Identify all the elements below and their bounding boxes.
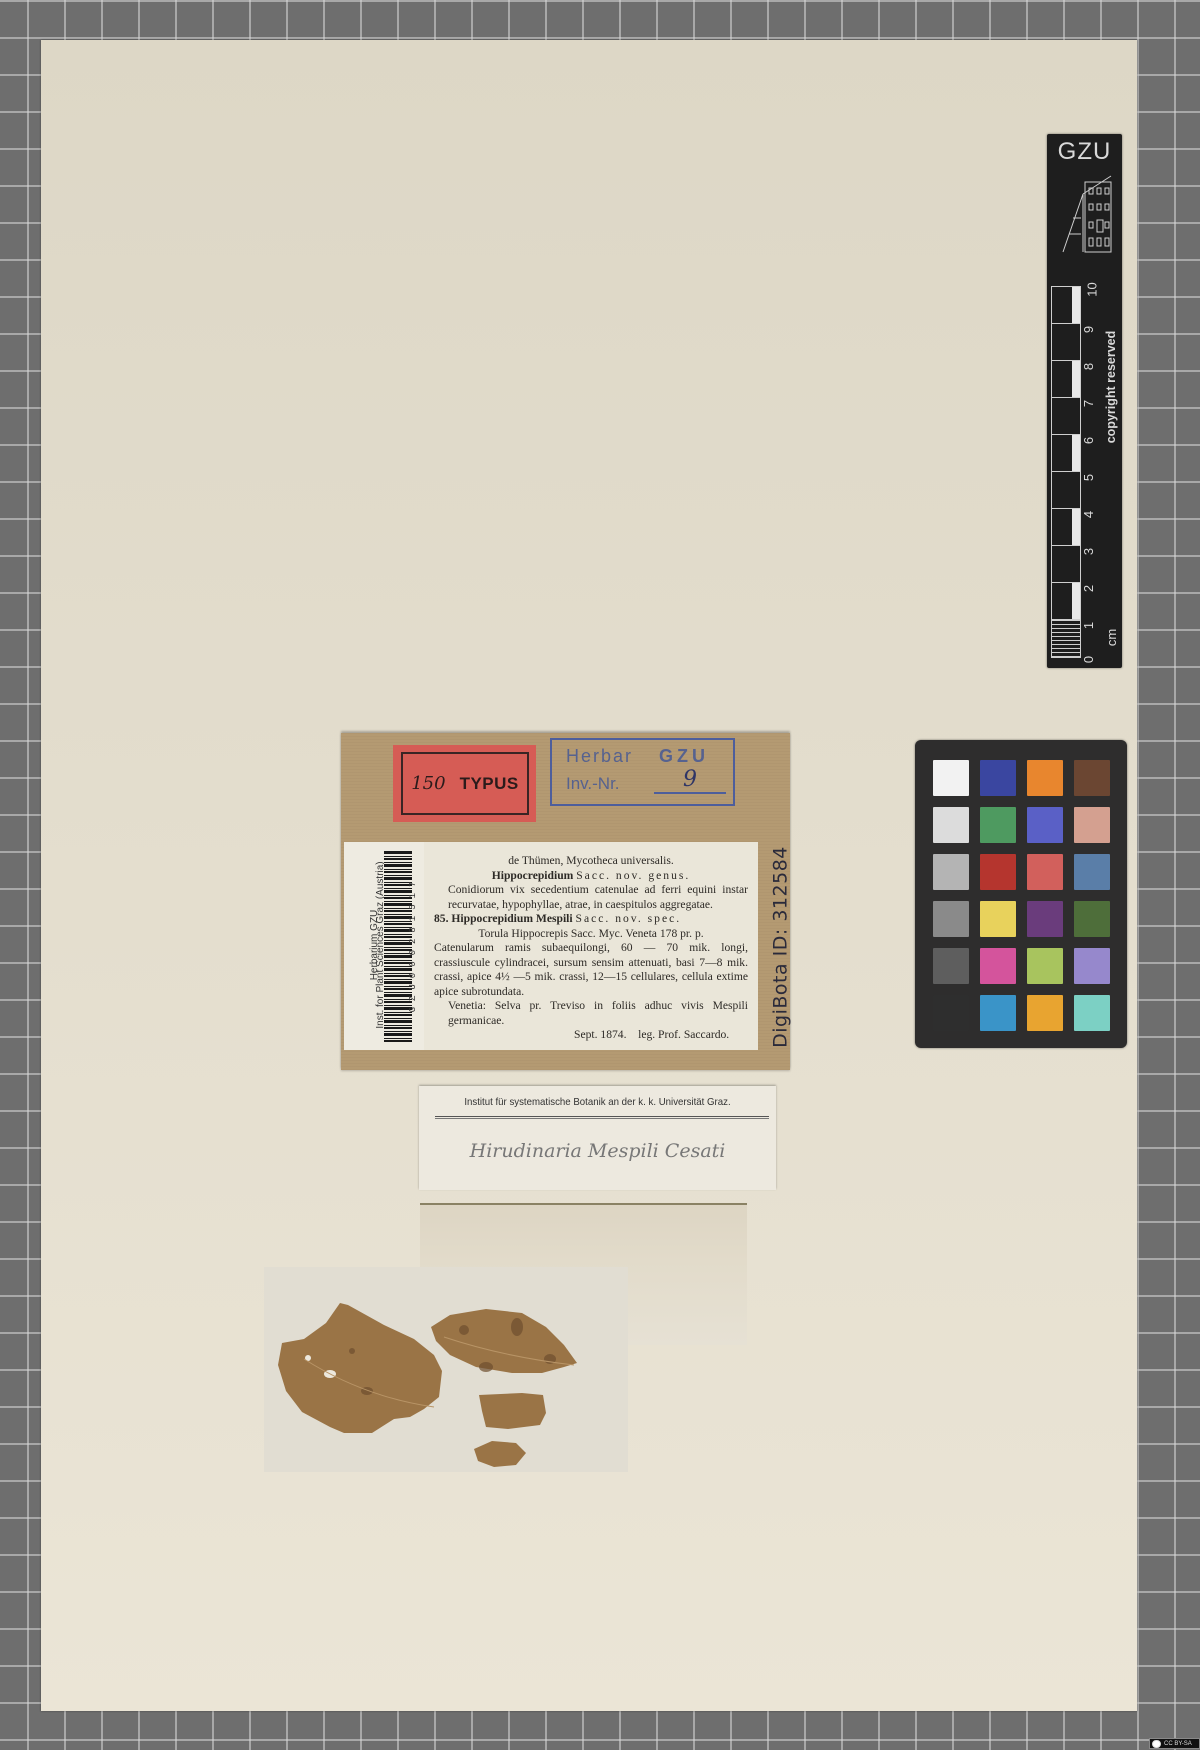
color-swatch bbox=[933, 901, 969, 937]
color-swatch bbox=[980, 995, 1016, 1031]
color-swatch bbox=[933, 948, 969, 984]
color-swatch bbox=[980, 760, 1016, 796]
specimen-mount bbox=[264, 1267, 628, 1472]
scale-ticks: 10 9 8 7 6 5 4 3 2 1 0 bbox=[1085, 286, 1101, 658]
swatch-grid bbox=[933, 760, 1110, 1031]
cc-icon bbox=[1152, 1740, 1161, 1748]
color-swatch bbox=[1074, 854, 1110, 890]
color-swatch bbox=[1027, 854, 1063, 890]
typus-text: TYPUS bbox=[460, 774, 519, 794]
handwritten-name: Hirudinaria Mespili Cesati bbox=[419, 1140, 776, 1162]
institute-header: Institut für systematische Botanik an de… bbox=[433, 1096, 761, 1108]
leaf-fragments-image bbox=[264, 1267, 628, 1472]
color-swatch bbox=[1074, 807, 1110, 843]
color-swatch bbox=[1074, 995, 1110, 1031]
color-swatch bbox=[980, 854, 1016, 890]
color-swatch bbox=[1074, 948, 1110, 984]
color-swatch bbox=[980, 948, 1016, 984]
printed-label: de Thümen, Mycotheca universalis. Hippoc… bbox=[424, 842, 758, 1050]
color-swatch bbox=[933, 854, 969, 890]
typus-number: 150 bbox=[411, 773, 445, 794]
color-swatch bbox=[933, 807, 969, 843]
color-swatch bbox=[933, 760, 969, 796]
scale-ruler bbox=[1051, 286, 1081, 658]
color-swatch bbox=[1074, 901, 1110, 937]
barcode-label: Inst. for Plant Sciences Graz (Austria) … bbox=[344, 842, 426, 1050]
color-swatch bbox=[1027, 901, 1063, 937]
color-calibration-chart bbox=[915, 740, 1127, 1048]
color-swatch bbox=[1027, 760, 1063, 796]
license-badge: CC BY-SA bbox=[1149, 1738, 1200, 1749]
color-swatch bbox=[1027, 948, 1063, 984]
unit-label: cm bbox=[1104, 629, 1119, 646]
inventory-number: 9 bbox=[654, 768, 726, 794]
barcode-number: GZU000281517 bbox=[408, 854, 420, 1034]
institute-label: Institut für systematische Botanik an de… bbox=[419, 1086, 776, 1190]
digibota-id: DigiBota ID: 312584 bbox=[765, 840, 795, 1055]
color-swatch bbox=[980, 807, 1016, 843]
scale-bar-institution: GZU bbox=[1047, 138, 1122, 166]
color-swatch bbox=[1074, 760, 1110, 796]
color-swatch bbox=[933, 995, 969, 1031]
herbar-stamp: HerbarGZU Inv.-Nr. 9 bbox=[550, 738, 735, 806]
typus-label: 150 TYPUS bbox=[393, 745, 536, 822]
color-swatch bbox=[1027, 807, 1063, 843]
building-icon bbox=[1061, 174, 1113, 254]
color-swatch bbox=[980, 901, 1016, 937]
copyright-text: copyright reserved bbox=[1103, 286, 1119, 506]
color-swatch bbox=[1027, 995, 1063, 1031]
scale-bar: GZU 10 9 8 7 6 5 4 3 2 1 bbox=[1047, 134, 1122, 668]
